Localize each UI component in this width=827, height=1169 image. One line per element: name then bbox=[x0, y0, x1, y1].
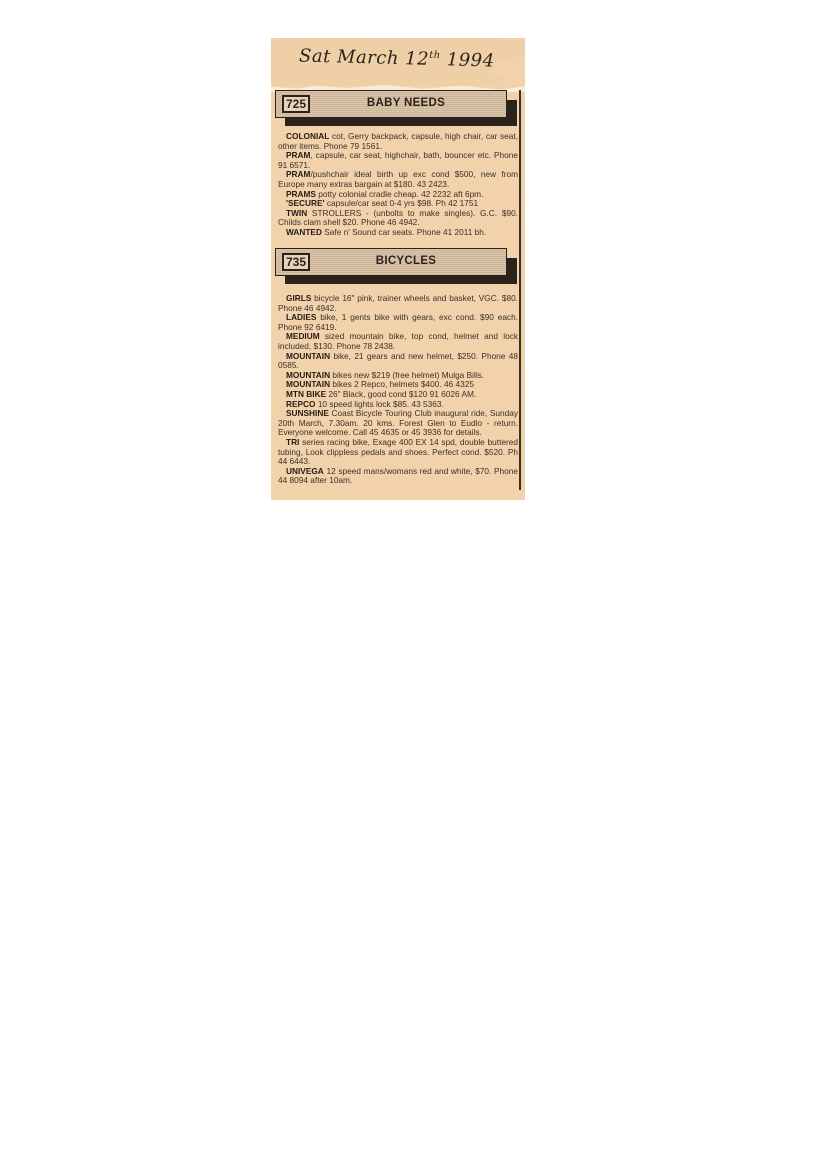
ad-text: Safe n' Sound car seats. Phone 41 2011 b… bbox=[322, 227, 486, 237]
section-heading-baby-needs: 725 BABY NEEDS bbox=[275, 90, 515, 124]
ad-text: bikes new $219 (free helmet) Mulga Bills… bbox=[330, 370, 484, 380]
ads-baby-needs: COLONIAL cot, Gerry backpack, capsule, h… bbox=[278, 132, 518, 238]
ad-text: 26" Black, good cond $120 91 6026 AM. bbox=[326, 389, 476, 399]
ad-lead-word: TRI bbox=[286, 437, 299, 447]
ad-lead-word: PRAM bbox=[286, 169, 310, 179]
classified-ad: GIRLS bicycle 16" pink, trainer wheels a… bbox=[278, 294, 518, 313]
classified-ad: LADIES bike, 1 gents bike with gears, ex… bbox=[278, 313, 518, 332]
ad-text: bicycle 16" pink, trainer wheels and bas… bbox=[278, 293, 518, 313]
ad-lead-word: TWIN bbox=[286, 208, 307, 218]
ad-text: 10 speed lights lock $85. 43 5363. bbox=[316, 399, 444, 409]
ad-lead-word: COLONIAL bbox=[286, 131, 329, 141]
ad-lead-word: LADIES bbox=[286, 312, 316, 322]
ad-text: STROLLERS - (unbolts to make singles). G… bbox=[278, 208, 518, 228]
ad-lead-word: 'SECURE' bbox=[286, 198, 325, 208]
ad-text: series racing bike, Exage 400 EX 14 spd,… bbox=[278, 437, 518, 466]
ad-lead-word: MOUNTAIN bbox=[286, 379, 330, 389]
column-rule bbox=[519, 90, 521, 490]
ad-lead-word: REPCO bbox=[286, 399, 316, 409]
section-title: BICYCLES bbox=[316, 255, 496, 267]
section-heading-bicycles: 735 BICYCLES bbox=[275, 248, 515, 282]
ad-text: bikes 2 Repco, helmets $400. 46 4325 bbox=[330, 379, 474, 389]
date-suffix: th bbox=[429, 50, 441, 61]
newspaper-clipping: Sat March 12th 1994 725 BABY NEEDS COLON… bbox=[271, 38, 525, 500]
ad-text: , capsule, car seat, highchair, bath, bo… bbox=[278, 150, 518, 170]
date-text: Sat March 12 bbox=[299, 45, 430, 69]
classified-ad: TRI series racing bike, Exage 400 EX 14 … bbox=[278, 438, 518, 467]
ad-lead-word: MOUNTAIN bbox=[286, 351, 330, 361]
ad-lead-word: MEDIUM bbox=[286, 331, 320, 341]
ad-lead-word: PRAMS bbox=[286, 189, 316, 199]
ad-lead-word: MTN BIKE bbox=[286, 389, 326, 399]
ad-lead-word: WANTED bbox=[286, 227, 322, 237]
classified-ad: MOUNTAIN bike, 21 gears and new helmet, … bbox=[278, 352, 518, 371]
heading-box: 725 BABY NEEDS bbox=[275, 90, 507, 118]
date-strip: Sat March 12th 1994 bbox=[271, 38, 525, 86]
ad-text: /pushchair ideal birth up exc cond $500,… bbox=[278, 169, 518, 189]
ad-lead-word: UNIVEGA bbox=[286, 466, 324, 476]
classified-ad: UNIVEGA 12 speed mans/womans red and whi… bbox=[278, 467, 518, 486]
section-title: BABY NEEDS bbox=[316, 97, 496, 109]
date-year: 1994 bbox=[447, 49, 495, 71]
section-number: 735 bbox=[282, 253, 310, 271]
handwritten-date: Sat March 12th 1994 bbox=[299, 45, 495, 71]
ad-text: potty colonial cradle cheap. 42 2232 aft… bbox=[316, 189, 483, 199]
ad-text: capsule/car seat 0-4 yrs $98. Ph 42 1751 bbox=[325, 198, 479, 208]
heading-box: 735 BICYCLES bbox=[275, 248, 507, 276]
classified-ad: COLONIAL cot, Gerry backpack, capsule, h… bbox=[278, 132, 518, 151]
classified-ad: MEDIUM sized mountain bike, top cond, he… bbox=[278, 332, 518, 351]
ads-bicycles: GIRLS bicycle 16" pink, trainer wheels a… bbox=[278, 294, 518, 486]
ad-lead-word: GIRLS bbox=[286, 293, 311, 303]
classified-ad: PRAM/pushchair ideal birth up exc cond $… bbox=[278, 170, 518, 189]
ad-lead-word: SUNSHINE bbox=[286, 408, 329, 418]
classified-ad: PRAM, capsule, car seat, highchair, bath… bbox=[278, 151, 518, 170]
classified-ad: WANTED Safe n' Sound car seats. Phone 41… bbox=[278, 228, 518, 238]
classified-ad: TWIN STROLLERS - (unbolts to make single… bbox=[278, 209, 518, 228]
ad-lead-word: MOUNTAIN bbox=[286, 370, 330, 380]
ad-lead-word: PRAM bbox=[286, 150, 310, 160]
section-number: 725 bbox=[282, 95, 310, 113]
classified-ad: SUNSHINE Coast Bicycle Touring Club inau… bbox=[278, 409, 518, 438]
